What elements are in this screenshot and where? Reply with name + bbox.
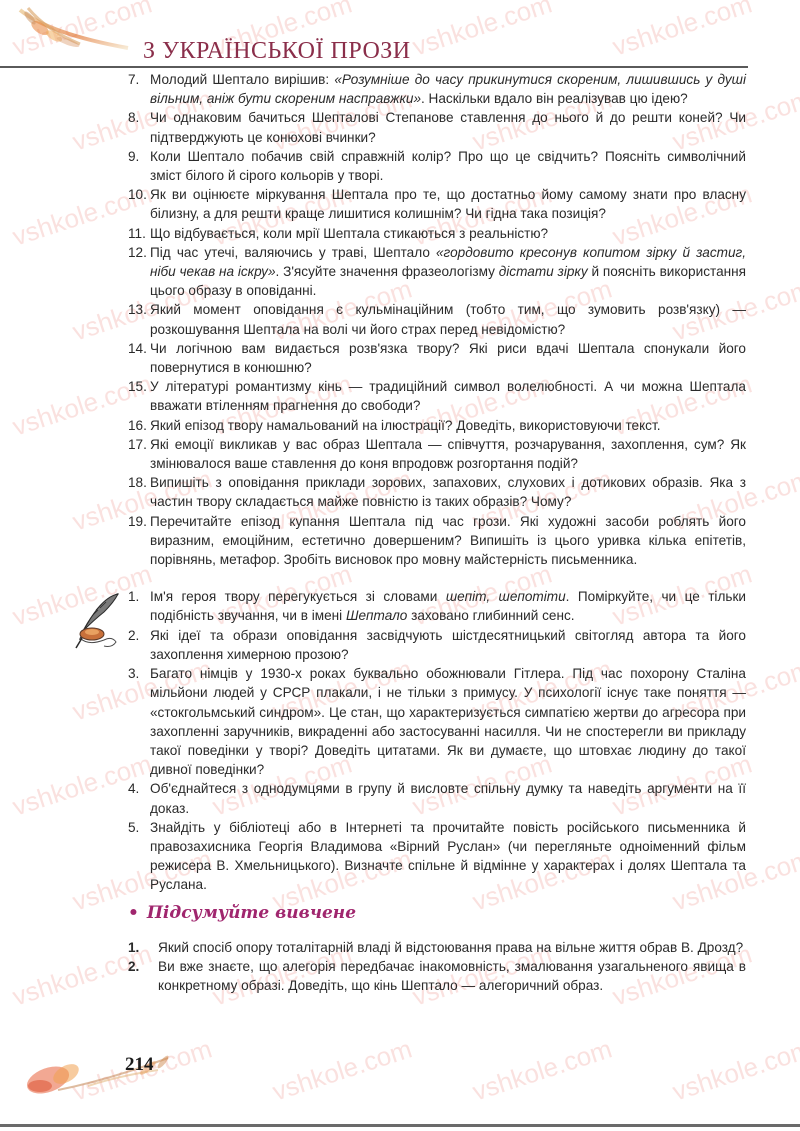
item-number: 17. — [128, 435, 147, 454]
italic-quote: шепіт, шепотіти — [446, 589, 566, 604]
list-item: 17.Які емоції викликав у вас образ Шепта… — [128, 435, 746, 473]
list-item: 4.Об'єднайтеся з однодумцями в групу й в… — [128, 779, 746, 817]
watermark-text: vshkole.com — [669, 1033, 800, 1107]
item-number: 18. — [128, 473, 147, 492]
item-number: 10. — [128, 185, 147, 204]
item-text: Випишіть з оповідання приклади зорових, … — [150, 475, 746, 509]
section-heading: •Підсумуйте вивчене — [128, 903, 356, 923]
watermark-text: vshkole.com — [609, 0, 756, 63]
list-item: 2.Ви вже знаєте, що алегорія передбачає … — [128, 957, 746, 995]
item-text: Як ви оцінюєте міркування Шептала про те… — [150, 187, 746, 221]
list-item: 13.Який момент оповідання є кульмінаційн… — [128, 300, 746, 338]
item-text: Який спосіб опору тоталітарній владі й в… — [158, 940, 743, 955]
list-item: 7.Молодий Шептало вирішив: «Розумніше до… — [128, 70, 746, 108]
page-title: З УКРАЇНСЬКОЇ ПРОЗИ — [143, 38, 411, 65]
footer-divider — [0, 1124, 800, 1127]
item-number: 7. — [128, 70, 139, 89]
questions-section: 7.Молодий Шептало вирішив: «Розумніше до… — [128, 70, 746, 895]
item-number: 15. — [128, 377, 147, 396]
item-number: 1. — [128, 938, 139, 957]
watermark-text: vshkole.com — [409, 0, 556, 63]
floral-ornament-icon — [18, 1050, 188, 1100]
item-number: 19. — [128, 512, 147, 531]
item-text: Що відбувається, коли мрії Шептала стика… — [150, 226, 548, 241]
list-item: 8.Чи однаковим бачиться Шепталові Степан… — [128, 108, 746, 146]
list-item: 14.Чи логічною вам видається розв'язка т… — [128, 339, 746, 377]
item-number: 11. — [128, 224, 146, 243]
item-number: 2. — [128, 957, 139, 976]
item-number: 2. — [128, 626, 139, 645]
item-text: . Наскільки вдало він реалізував цю ідею… — [421, 91, 688, 106]
list-item: 2.Які ідеї та образи оповідання засвідчу… — [128, 626, 746, 664]
item-text: Об'єднайтеся з однодумцями в групу й вис… — [150, 781, 746, 815]
item-text: Багато німців у 1930-х роках буквально о… — [150, 666, 746, 777]
item-number: 16. — [128, 416, 147, 435]
item-text: Які ідеї та образи оповідання засвідчуют… — [150, 628, 746, 662]
creative-tasks-list: 1.Ім'я героя твору перегукується зі слов… — [128, 587, 746, 894]
item-number: 13. — [128, 300, 147, 319]
questions-list: 7.Молодий Шептало вирішив: «Розумніше до… — [128, 70, 746, 569]
item-text: Який момент оповідання є кульмінаційним … — [150, 302, 746, 336]
list-item: 18.Випишіть з оповідання приклади зорови… — [128, 473, 746, 511]
item-text: Чи логічною вам видається розв'язка твор… — [150, 341, 746, 375]
item-number: 12. — [128, 243, 147, 262]
watermark-text: vshkole.com — [269, 1033, 416, 1107]
item-number: 5. — [128, 818, 139, 837]
item-number: 9. — [128, 147, 139, 166]
list-item: 12.Під час утечі, валяючись у траві, Шеп… — [128, 243, 746, 301]
italic-quote: Шептало — [346, 608, 407, 623]
list-item: 3.Багато німців у 1930-х роках буквально… — [128, 664, 746, 779]
summary-list: 1.Який спосіб опору тоталітарній владі й… — [128, 938, 746, 996]
item-number: 4. — [128, 779, 139, 798]
list-item: 1.Ім'я героя твору перегукується зі слов… — [128, 587, 746, 625]
quill-pen-inkwell-icon — [58, 590, 126, 652]
item-number: 1. — [128, 587, 139, 606]
heading-bullet: • — [128, 903, 139, 923]
item-text: Чи однаковим бачиться Шепталові Степанов… — [150, 110, 746, 144]
summary-section: 1.Який спосіб опору тоталітарній владі й… — [128, 938, 746, 996]
italic-quote: дістати зірку — [499, 264, 588, 279]
list-item: 10.Як ви оцінюєте міркування Шептала про… — [128, 185, 746, 223]
item-text: Ви вже знаєте, що алегорія передбачає ін… — [158, 959, 746, 993]
list-item: 5.Знайдіть у бібліотеці або в Інтернеті … — [128, 818, 746, 895]
item-text: Перечитайте епізод купання Шептала під ч… — [150, 514, 746, 567]
item-number: 8. — [128, 108, 139, 127]
item-text: Молодий Шептало вирішив: — [150, 72, 334, 87]
list-item: 9.Коли Шептало побачив свій справжній ко… — [128, 147, 746, 185]
item-text: . З'ясуйте значення фразеологізму — [276, 264, 499, 279]
item-text: Знайдіть у бібліотеці або в Інтернеті та… — [150, 820, 746, 893]
list-item: 19.Перечитайте епізод купання Шептала пі… — [128, 512, 746, 570]
item-text: У літературі романтизму кінь — традиційн… — [150, 379, 746, 413]
item-text: заховано глибинний сенс. — [407, 608, 574, 623]
item-number: 3. — [128, 664, 139, 683]
header-divider — [0, 66, 748, 68]
item-text: Коли Шептало побачив свій справжній колі… — [150, 149, 746, 183]
wheat-ears-icon — [10, 4, 130, 52]
item-text: Які емоції викликав у вас образ Шептала … — [150, 437, 746, 471]
item-text: Під час утечі, валяючись у траві, Шептал… — [150, 245, 436, 260]
page-number: 214 — [125, 1054, 154, 1076]
list-item: 16.Який епізод твору намальований на ілю… — [128, 416, 746, 435]
item-text: Який епізод твору намальований на ілюстр… — [150, 418, 660, 433]
list-item: 1.Який спосіб опору тоталітарній владі й… — [128, 938, 746, 957]
watermark-text: vshkole.com — [469, 1033, 616, 1107]
list-item: 15.У літературі романтизму кінь — традиц… — [128, 377, 746, 415]
section-heading-text: Підсумуйте вивчене — [147, 903, 356, 923]
item-text: Ім'я героя твору перегукується зі словам… — [150, 589, 446, 604]
item-number: 14. — [128, 339, 147, 358]
list-item: 11.Що відбувається, коли мрії Шептала ст… — [128, 224, 746, 243]
